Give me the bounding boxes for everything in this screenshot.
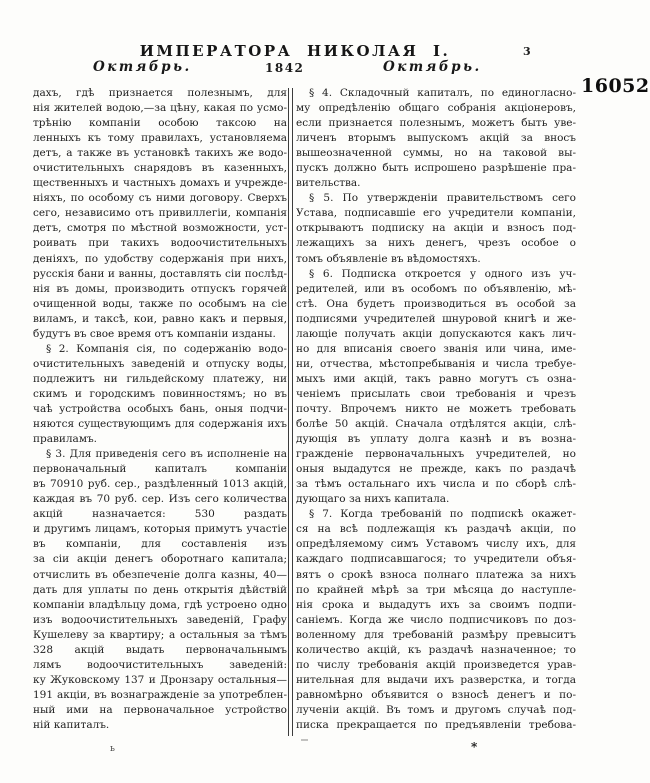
text-line: няются существующимъ для содержанія ихъ [33,417,287,432]
text-line: му опредѣленію общаго собранія акціонеро… [296,101,576,116]
text-line: подлежитъ ни гильдейскому платежу, ни зе… [33,372,287,387]
text-line: нія жителей водою,—за цѣну, какая по усм… [33,101,287,116]
text-line: очистительныхъ снарядовъ въ казенныхъ, о… [33,161,287,176]
text-line: въ 70910 руб. сер., раздѣленный 1013 акц… [33,477,287,492]
text-line: оныя выдадутся не прежде, какъ по раздач… [296,462,576,477]
text-line: равномѣрно объявится о взносѣ денегъ и п… [296,688,576,703]
page-title: ИМПЕРАТОРА НИКОЛАЯ I. [0,42,590,60]
document-scan-page: ИМПЕРАТОРА НИКОЛАЯ I. 3 Октябрь. 1842 Ок… [0,0,650,783]
text-line: болѣе 50 акцій. Сначала отдѣлятся акціи,… [296,417,576,432]
text-line: ченіемъ присылать свои требованія и чрез… [296,387,576,402]
text-line: лающіе получать акціи допускаются какъ л… [296,327,576,342]
text-line: если признается полезнымъ, можетъ быть у… [296,116,576,131]
text-line: вятъ о срокѣ взноса полнаго платежа за н… [296,568,576,583]
text-line: деніяхъ, по удобству содержанія при нихъ… [33,252,287,267]
text-line: воленному для требованій размѣру превыси… [296,628,576,643]
text-line: въ компаніи, для составленія изъ внесенн… [33,537,287,552]
text-line: очищенной воды, также по особымъ на сіе … [33,297,287,312]
text-line: ни, отчества, мѣстопребыванія и числа тр… [296,357,576,372]
text-line: ку Жуковскому 137 и Дронзару остальныя— [33,673,287,688]
text-line: Устава, подписавшіе его учредители компа… [296,206,576,221]
text-line: ный ими на первоначальное устройство зав… [33,703,287,718]
text-line: вительства. [296,176,576,191]
text-line: лученіи акцій. Въ томъ и другомъ случаѣ … [296,703,576,718]
text-line: скимъ и городскимъ повинностямъ; но въ с… [33,387,287,402]
text-line: § 4. Складочный капиталъ, по единогласно… [296,86,576,101]
text-line: стѣ. Она будетъ производиться въ особой … [296,297,576,312]
text-line: за сіи акціи денегъ оборотнаго капитала;… [33,552,287,567]
text-line: виламъ, и таксѣ, кои, равно какъ и первы… [33,312,287,327]
running-head-month-right: Октябрь. [383,59,482,75]
text-line: редителей, или въ особомъ по объявленію,… [296,282,576,297]
running-head-month-left: Октябрь. [93,59,192,75]
text-line: личенъ вторымъ выпускомъ акцій за вносъ [296,131,576,146]
text-line: по числу требованія акцій произведется у… [296,658,576,673]
text-line: почту. Впрочемъ никто не можетъ требоват… [296,402,576,417]
text-line: за тѣмъ остальнаго ихъ числа и по сборѣ … [296,477,576,492]
text-line: чаѣ устройства особыхъ бань, оныя подчи- [33,402,287,417]
text-line: вышеозначенной суммы, но на таковой вы- [296,146,576,161]
decree-number: 16052 [581,75,650,97]
text-line: по крайней мѣрѣ за три мѣсяца до наступл… [296,583,576,598]
text-line: томъ объявленіе въ вѣдомостяхъ. [296,252,576,267]
text-line: роивать при такихъ водоочистительныхъ за… [33,236,287,251]
text-line: нительная для выдачи ихъ разверстка, и т… [296,673,576,688]
page-number: 3 [523,45,531,58]
text-line: ся на всѣ подлежащія къ раздачѣ акціи, п… [296,522,576,537]
text-line: Кушелеву за квартиру; а остальныя за тѣм… [33,628,287,643]
text-line: щественныхъ и частныхъ домахъ и учрежде- [33,176,287,191]
text-line: акцій назначается: 530 раздать учредител… [33,507,287,522]
text-line: ленныхъ къ тому правилахъ, установляема … [33,131,287,146]
print-artifact-smudge [301,739,308,741]
text-line: ніяхъ, по особому съ ними договору. Свер… [33,191,287,206]
text-line: 191 акціи, въ вознагражденіе за употребл… [33,688,287,703]
text-line: § 5. По утвержденіи правительствомъ сего [296,191,576,206]
text-line: детъ, смотря по мѣстной возможности, уст… [33,221,287,236]
print-artifact: ь [110,744,115,754]
text-line: трѣнію компаніи особою таксою на приспос… [33,116,287,131]
text-line: сего, независимо отъ привиллегіи, компан… [33,206,287,221]
text-line: изъ водоочистительныхъ заведеній, Графу [33,613,287,628]
text-line: лямъ водоочистительныхъ заведеній: Полко… [33,658,287,673]
text-line: пускъ долж­но быть испрошено разрѣшеніе … [296,161,576,176]
text-line: и другимъ лицамъ, которыя примутъ участі… [33,522,287,537]
text-line: но для вписанія своего званія или чина, … [296,342,576,357]
text-line: § 2. Компанія сія, по содержанію водо- [33,342,287,357]
text-line: § 7. Когда требованій по подпискѣ окажет… [296,507,576,522]
text-line: русскія бани и ванны, доставлять сіи пос… [33,267,287,282]
text-line: подписями учредителей шнуровой книгѣ и ж… [296,312,576,327]
text-line: ній капиталъ. [33,718,287,733]
footnote-asterisk: * [471,740,477,754]
text-line: первоначальный капиталъ компаніи назнача… [33,462,287,477]
text-line: гражденіе первоначальныхъ учредителей, н… [296,447,576,462]
text-line: каждая въ 70 руб. сер. Изъ сего количест… [33,492,287,507]
text-line: открываютъ подписку на акціи и взносъ по… [296,221,576,236]
text-line: дующаго за нихъ капитала. [296,492,576,507]
text-line: дать для уплаты по день открытія дѣйстві… [33,583,287,598]
text-line: опредѣляемому симъ Уставомъ числу ихъ, д… [296,537,576,552]
column-divider-rule [288,88,293,736]
text-line: будутъ въ свое время отъ компаніи изданы… [33,327,287,342]
text-column-right: § 4. Складочный капиталъ, по единогласно… [296,86,576,733]
text-line: саніемъ. Когда же число подписчиковъ по … [296,613,576,628]
text-line: дующія въ уплату долга казнѣ и въ возна- [296,432,576,447]
text-line: количество акцій, къ раздачѣ назначенное… [296,643,576,658]
text-line: дахъ, гдѣ признается полезнымъ, для снаб… [33,86,287,101]
text-line: правиламъ. [33,432,287,447]
running-head-year: 1842 [265,61,304,75]
text-line: нія въ домы, производить отпускъ горячей [33,282,287,297]
text-line: отчислить въ обезпеченіе долга казны, 40… [33,568,287,583]
text-line: детъ, а также въ установкѣ такихъ же вод… [33,146,287,161]
text-line: компаніи владѣльцу дома, гдѣ устроено од… [33,598,287,613]
text-column-left: дахъ, гдѣ признается полезнымъ, для снаб… [33,86,287,733]
text-line: нія срока и выдадутъ ихъ за своимъ подпи… [296,598,576,613]
text-line: § 3. Для приведенія сего въ исполненіе н… [33,447,287,462]
text-line: мыхъ ими акцій, такъ равно могутъ съ озн… [296,372,576,387]
text-line: очистительныхъ заведеній и отпуску воды,… [33,357,287,372]
text-line: каждаго подписавшагося; то учредители об… [296,552,576,567]
text-line: § 6. Подписка откроется у одного изъ уч- [296,267,576,282]
text-line: лежащихъ за нихъ денегъ, чрезъ особое о [296,236,576,251]
text-line: 328 акцій выдать первоначальнымъ учредит… [33,643,287,658]
text-line: писка прекращается по предъявленіи требо… [296,718,576,733]
